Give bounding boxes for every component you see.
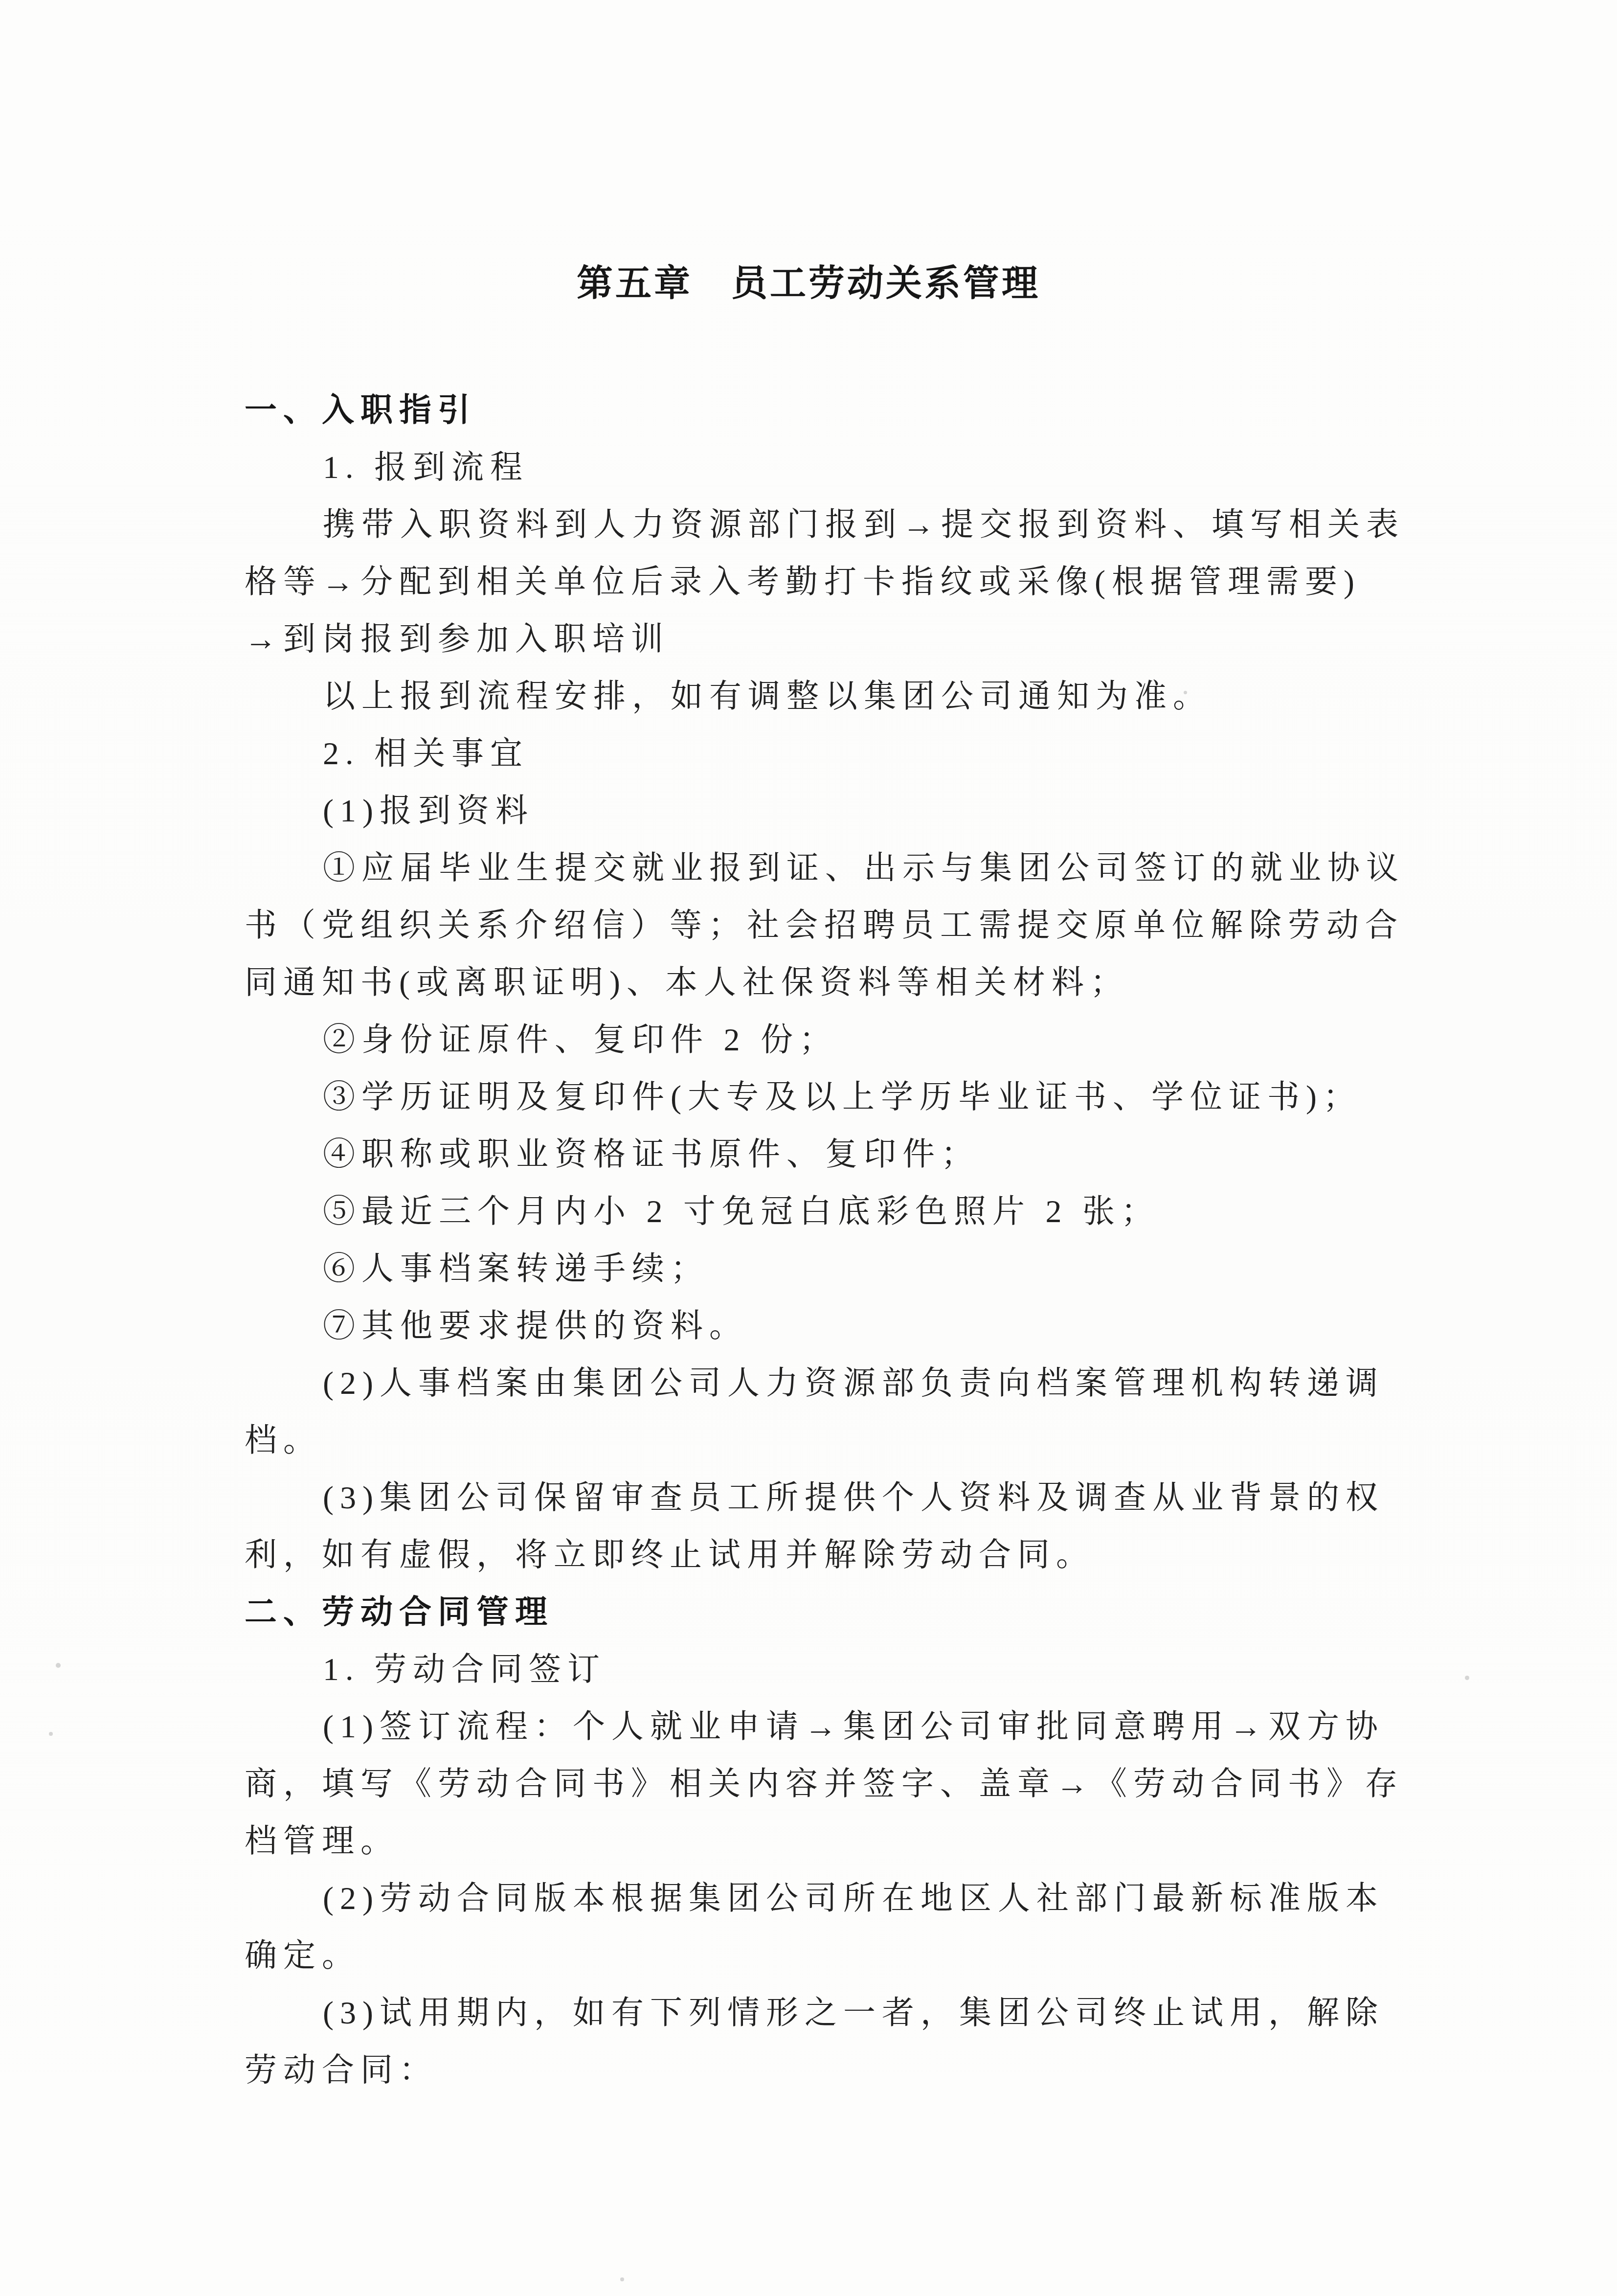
scan-speck [49, 1732, 53, 1736]
text-line: (2)劳动合同版本根据集团公司所在地区人社部门最新标准版本 [245, 1870, 1412, 1927]
scan-speck [56, 1663, 61, 1668]
text-line: 携带入职资料到人力资源部门报到→提交报到资料、填写相关表 [245, 496, 1412, 553]
scan-speck [620, 2277, 624, 2281]
text-line: (3)试用期内，如有下列情形之一者，集团公司终止试用，解除 [245, 1984, 1412, 2042]
text-line: 利，如有虚假，将立即终止试用并解除劳动合同。 [245, 1526, 1412, 1584]
scan-speck [1465, 1676, 1469, 1680]
text-line: ⑦其他要求提供的资料。 [245, 1297, 1412, 1355]
text-line: ①应届毕业生提交就业报到证、出示与集团公司签订的就业协议 [245, 840, 1412, 897]
text-line: 档管理。 [245, 1813, 1412, 1870]
text-line: 劳动合同： [245, 2042, 1412, 2099]
chapter-title: 第五章 员工劳动关系管理 [0, 254, 1617, 313]
text-line: ⑥人事档案转递手续； [245, 1240, 1412, 1297]
text-line: (1)签订流程：个人就业申请→集团公司审批同意聘用→双方协 [245, 1698, 1412, 1755]
text-line: (2)人事档案由集团公司人力资源部负责向档案管理机构转递调 [245, 1355, 1412, 1412]
text-line: 商，填写《劳动合同书》相关内容并签字、盖章→《劳动合同书》存 [245, 1755, 1412, 1813]
text-line: →到岗报到参加入职培训 [245, 611, 1412, 668]
document-body: 一、入职指引1. 报到流程携带入职资料到人力资源部门报到→提交报到资料、填写相关… [245, 382, 1412, 2099]
text-line: ⑤最近三个月内小 2 寸免冠白底彩色照片 2 张； [245, 1183, 1412, 1240]
text-line: ④职称或职业资格证书原件、复印件； [245, 1126, 1412, 1183]
text-line: 格等→分配到相关单位后录入考勤打卡指纹或采像(根据管理需要) [245, 553, 1412, 611]
text-line: 档。 [245, 1412, 1412, 1469]
text-line: 确定。 [245, 1927, 1412, 1984]
text-line: (3)集团公司保留审查员工所提供个人资料及调查从业背景的权 [245, 1469, 1412, 1526]
section-heading: 二、劳动合同管理 [245, 1584, 1412, 1641]
text-line: (1)报到资料 [245, 782, 1412, 840]
text-line: ②身份证原件、复印件 2 份； [245, 1011, 1412, 1068]
text-line: 1. 劳动合同签订 [245, 1641, 1412, 1698]
scanned-document-page: 第五章 员工劳动关系管理 一、入职指引1. 报到流程携带入职资料到人力资源部门报… [0, 0, 1617, 2296]
scan-speck [1184, 691, 1187, 694]
text-line: 同通知书(或离职证明)、本人社保资料等相关材料； [245, 954, 1412, 1011]
text-line: ③学历证明及复印件(大专及以上学历毕业证书、学位证书)； [245, 1068, 1412, 1126]
section-heading: 一、入职指引 [245, 382, 1412, 439]
text-line: 1. 报到流程 [245, 439, 1412, 496]
text-line: 书（党组织关系介绍信）等；社会招聘员工需提交原单位解除劳动合 [245, 897, 1412, 954]
text-line: 以上报到流程安排，如有调整以集团公司通知为准。 [245, 668, 1412, 725]
text-line: 2. 相关事宜 [245, 725, 1412, 782]
